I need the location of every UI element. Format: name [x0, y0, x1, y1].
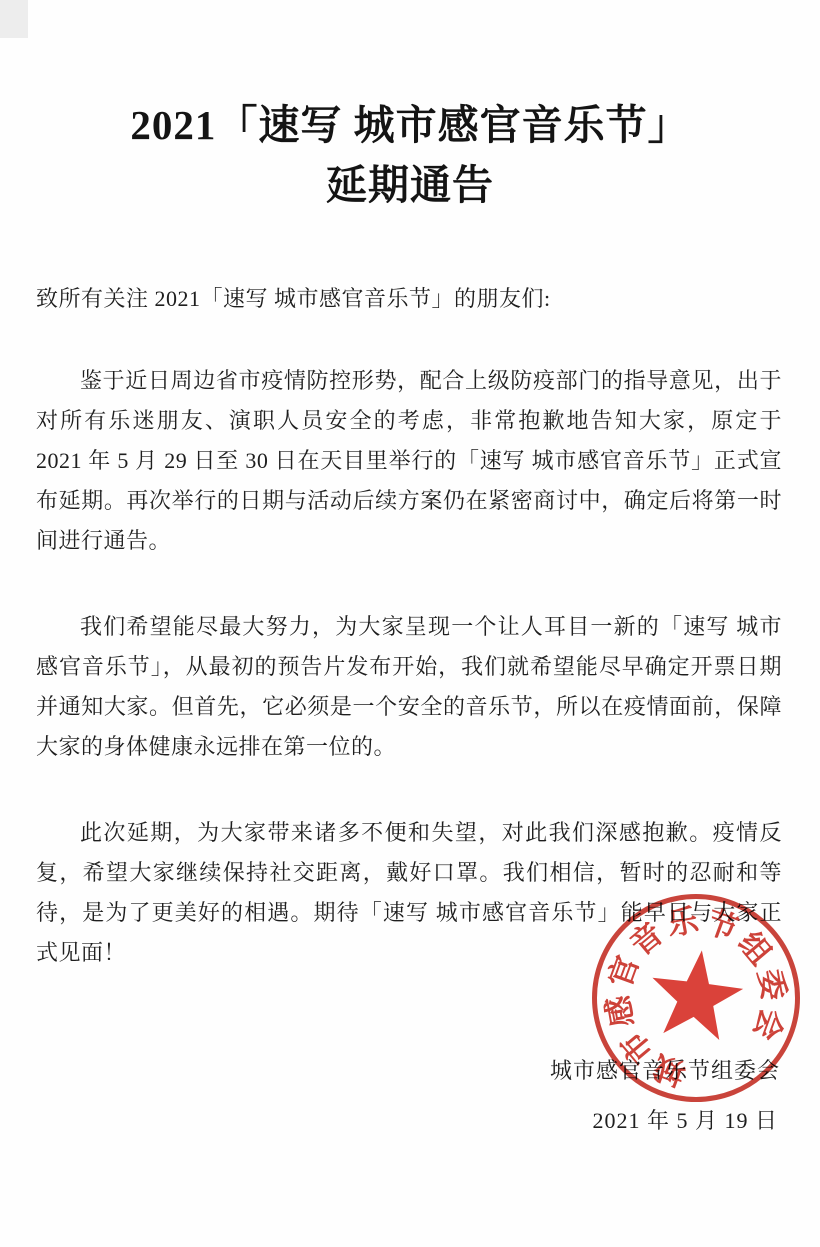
document-title: 2021「速写 城市感官音乐节」 延期通告 — [0, 0, 820, 215]
paragraph-2: 我们希望能尽最大努力，为大家呈现一个让人耳目一新的「速写 城市感官音乐节」，从最… — [36, 607, 782, 767]
seal-ring-char: 感 — [592, 993, 642, 1031]
signature-committee: 城市感官音乐节组委会 — [0, 1051, 780, 1091]
seal-ring-char: 会 — [745, 1003, 798, 1048]
paragraph-3: 此次延期，为大家带来诸多不便和失望，对此我们深感抱歉。疫情反复，希望大家继续保持… — [36, 813, 782, 973]
signature-date: 2021 年 5 月 19 日 — [0, 1101, 780, 1141]
paragraph-1: 鉴于近日周边省市疫情防控形势，配合上级防疫部门的指导意见，出于对所有乐迷朋友、演… — [36, 361, 782, 561]
signature-block: 城市感官音乐节组委会 2021 年 5 月 19 日 — [0, 1051, 820, 1141]
title-line-1: 2021「速写 城市感官音乐节」 — [0, 95, 820, 155]
title-line-2: 延期通告 — [0, 155, 820, 215]
scan-corner-artifact — [0, 0, 28, 38]
salutation: 致所有关注 2021「速写 城市感官音乐节」的朋友们: — [36, 279, 782, 319]
notice-document: 2021「速写 城市感官音乐节」 延期通告 致所有关注 2021「速写 城市感官… — [0, 0, 820, 1247]
